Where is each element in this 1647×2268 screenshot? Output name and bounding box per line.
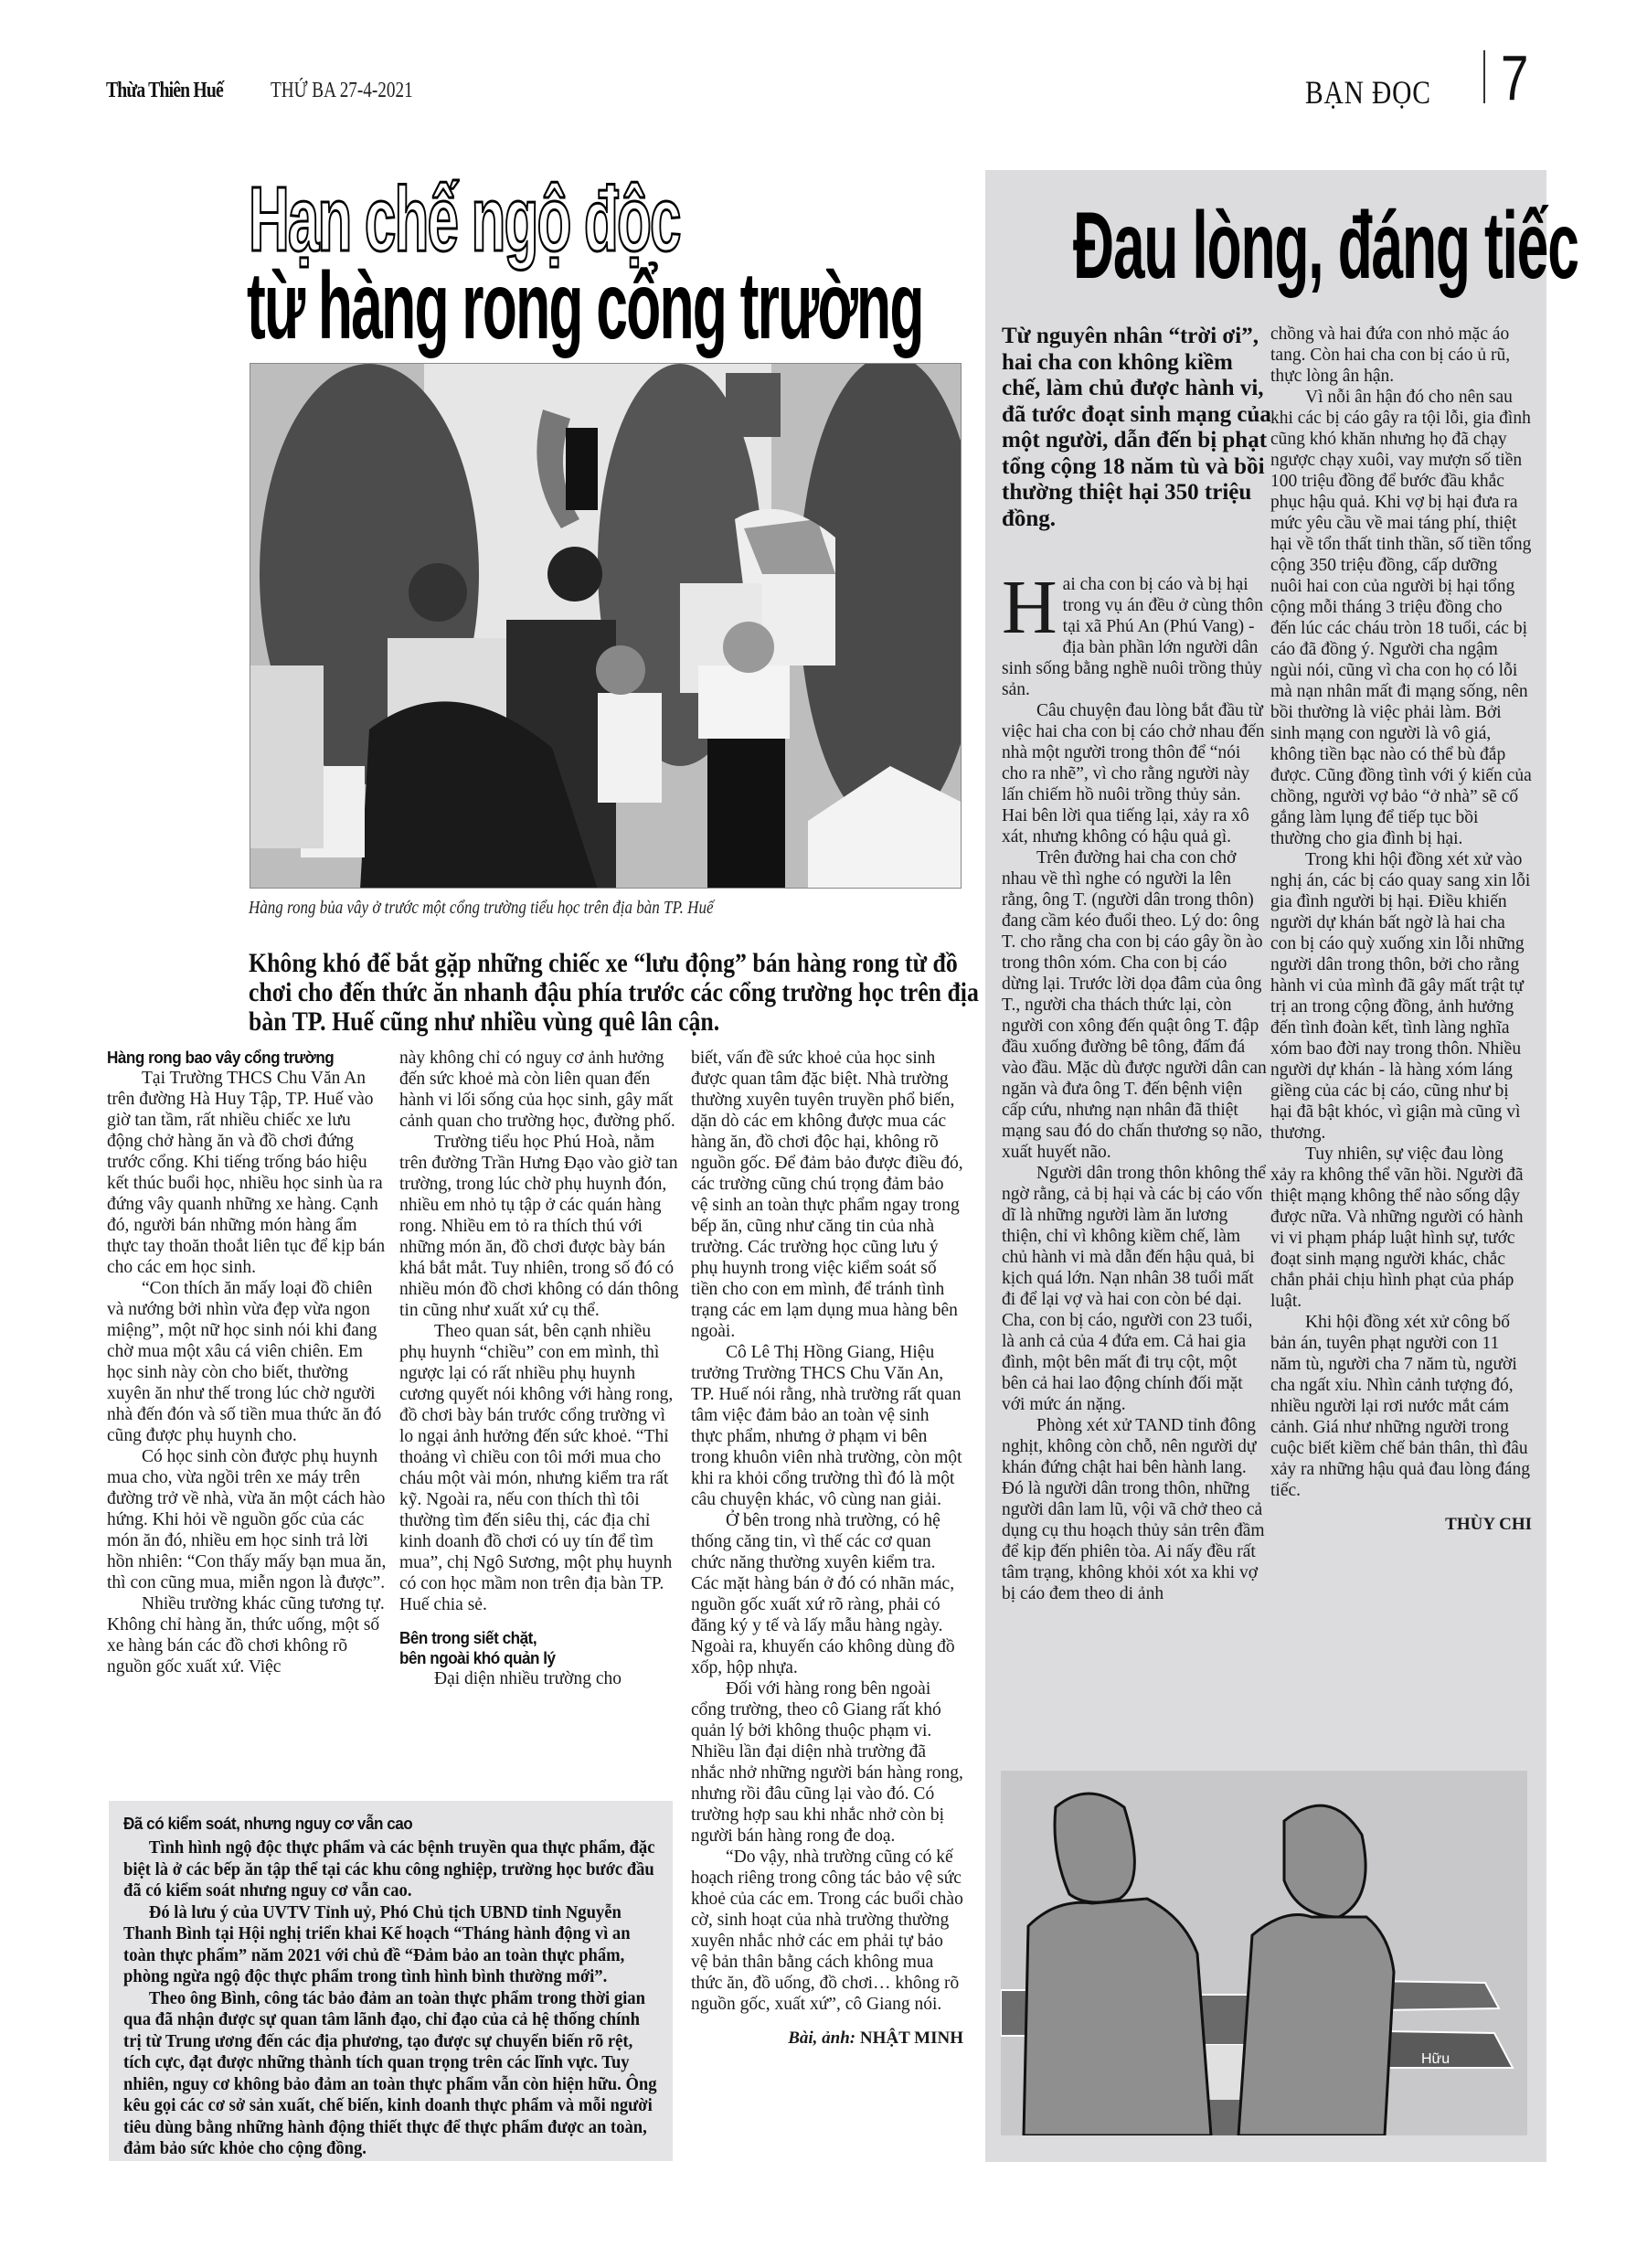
paragraph: Cô Lê Thị Hồng Giang, Hiệu trưởng Trường… bbox=[691, 1342, 963, 1510]
paragraph: Trong khi hội đồng xét xử vào nghị án, c… bbox=[1270, 849, 1532, 1144]
right-article-column-1: Hai cha con bị cáo và bị hại trong vụ án… bbox=[1002, 574, 1267, 1604]
paragraph: Theo ông Bình, công tác bảo đảm an toàn … bbox=[123, 1988, 659, 2160]
paragraph: “Con thích ăn mấy loại đồ chiên và nướng… bbox=[107, 1278, 388, 1446]
subheading: Hàng rong bao vây cổng trường bbox=[107, 1048, 375, 1068]
street-vendor-photo-icon bbox=[250, 364, 962, 889]
drop-cap: H bbox=[1002, 578, 1057, 638]
page-number: 7 bbox=[1501, 46, 1528, 110]
right-headline: Đau lòng, đáng tiếc bbox=[1073, 194, 1578, 299]
paragraph: Hai cha con bị cáo và bị hại trong vụ án… bbox=[1002, 574, 1267, 700]
paragraph: Ở bên trong nhà trường, có hệ thống căng… bbox=[691, 1510, 963, 1678]
paragraph: “Do vậy, nhà trường cũng có kế hoạch riê… bbox=[691, 1847, 963, 2015]
paragraph: Trên đường hai cha con chở nhau về thì n… bbox=[1002, 847, 1267, 1163]
right-article-lead: Từ nguyên nhân “trời ơi”, hai cha con kh… bbox=[1002, 324, 1276, 532]
left-article-column-1: Hàng rong bao vây cổng trường Tại Trường… bbox=[107, 1048, 388, 1677]
paragraph: Phòng xét xử TAND tỉnh đông nghịt, không… bbox=[1002, 1415, 1267, 1604]
headline-line2: từ hàng rong cổng trường bbox=[247, 256, 923, 357]
byline: THÙY CHI bbox=[1270, 1514, 1532, 1535]
photo-caption: Hàng rong bủa vây ở trước một cổng trườn… bbox=[249, 898, 713, 919]
section-name: BẠN ĐỌC bbox=[1305, 73, 1431, 112]
left-article-column-2: này không chỉ có nguy cơ ảnh hưởng đến s… bbox=[399, 1048, 679, 1689]
left-article-column-3: biết, vấn đề sức khoẻ của học sinh được … bbox=[691, 1048, 963, 2049]
paragraph: Trường tiểu học Phú Hoà, nằm trên đường … bbox=[399, 1132, 679, 1321]
subheading: Bên trong siết chặt, bbox=[399, 1628, 665, 1648]
svg-text:Hữu: Hữu bbox=[1421, 2051, 1450, 2067]
sidebox-title: Đã có kiểm soát, nhưng nguy cơ vẫn cao bbox=[123, 1814, 632, 1834]
byline-author: NHẬT MINH bbox=[860, 2028, 963, 2048]
right-article-column-2: chồng và hai đứa con nhỏ mặc áo tang. Cò… bbox=[1270, 324, 1532, 1535]
paragraph: Câu chuyện đau lòng bắt đầu từ việc hai … bbox=[1002, 700, 1267, 847]
byline-author: THÙY CHI bbox=[1445, 1515, 1532, 1534]
paragraph: Nhiều trường khác cũng tương tự. Không c… bbox=[107, 1593, 388, 1677]
paragraph: Đại diện nhiều trường cho bbox=[399, 1668, 679, 1689]
sidebox-text: Tình hình ngộ độc thực phẩm và các bệnh … bbox=[123, 1837, 659, 2160]
byline-label: Bài, ảnh: bbox=[788, 2028, 855, 2048]
paragraph: biết, vấn đề sức khoẻ của học sinh được … bbox=[691, 1048, 963, 1342]
paragraph: Tại Trường THCS Chu Văn An trên đường Hà… bbox=[107, 1068, 388, 1278]
sidebar-box: Đã có kiểm soát, nhưng nguy cơ vẫn cao T… bbox=[109, 1801, 673, 2161]
article-lead: Không khó để bắt gặp những chiếc xe “lưu… bbox=[249, 949, 980, 1037]
subheading: bên ngoài khó quản lý bbox=[399, 1648, 665, 1668]
masthead: Thừa Thiên Huế bbox=[106, 79, 223, 103]
paragraph: Đối với hàng rong bên ngoài cổng trường,… bbox=[691, 1678, 963, 1847]
paragraph: Có học sinh còn được phụ huynh mua cho, … bbox=[107, 1446, 388, 1593]
paragraph: Vì nỗi ân hận đó cho nên sau khi các bị … bbox=[1270, 387, 1532, 849]
issue-date: THỨ BA 27-4-2021 bbox=[271, 79, 413, 103]
header-divider bbox=[1483, 50, 1485, 103]
paragraph: này không chỉ có nguy cơ ảnh hưởng đến s… bbox=[399, 1048, 679, 1132]
paragraph: Theo quan sát, bên cạnh nhiều phụ huynh … bbox=[399, 1321, 679, 1615]
court-illustration: Hữu bbox=[1001, 1771, 1527, 2135]
paragraph: Khi hội đồng xét xử công bố bản án, tuyê… bbox=[1270, 1312, 1532, 1501]
defendants-illustration-icon: Hữu bbox=[1001, 1771, 1527, 2135]
paragraph: Tình hình ngộ độc thực phẩm và các bệnh … bbox=[123, 1837, 659, 1902]
byline: Bài, ảnh: NHẬT MINH bbox=[691, 2028, 963, 2049]
paragraph: Người dân trong thôn không thể ngờ rằng,… bbox=[1002, 1163, 1267, 1415]
paragraph: Tuy nhiên, sự việc đau lòng xảy ra không… bbox=[1270, 1144, 1532, 1312]
article-photo bbox=[250, 363, 962, 889]
paragraph: Đó là lưu ý của UVTV Tỉnh uỷ, Phó Chủ tị… bbox=[123, 1902, 659, 1988]
paragraph: chồng và hai đứa con nhỏ mặc áo tang. Cò… bbox=[1270, 324, 1532, 387]
